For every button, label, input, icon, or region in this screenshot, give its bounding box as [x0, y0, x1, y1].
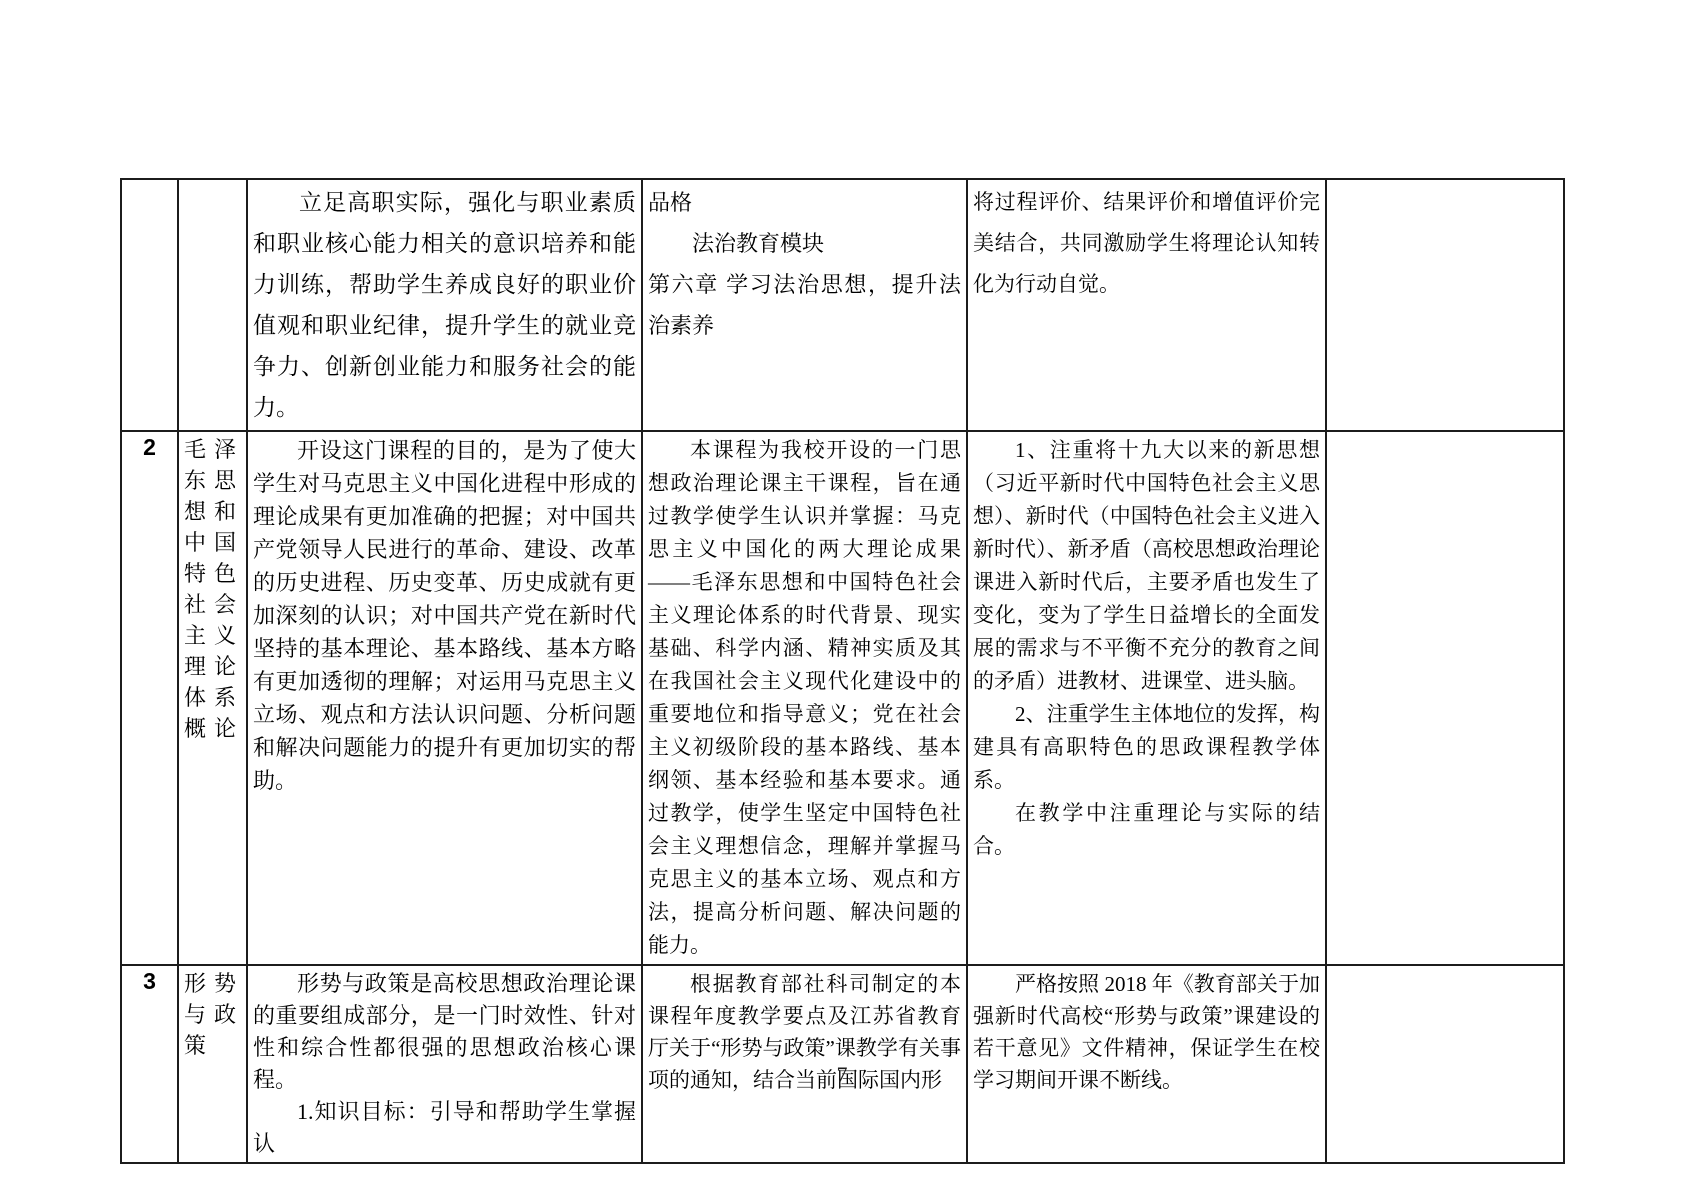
page-number: 7	[0, 1062, 1684, 1088]
cell-empty	[1326, 431, 1564, 965]
paragraph: 在教学中注重理论与实际的结合。	[973, 797, 1320, 863]
paragraph: 立足高职实际，强化与职业素质和职业核心能力相关的意识培养和能力训练，帮助学生养成…	[253, 182, 636, 428]
paragraph: 1、注重将十九大以来的新思想（习近平新时代中国特色社会主义思想）、新时代（中国特…	[973, 434, 1320, 698]
paragraph: 1.知识目标：引导和帮助学生掌握认	[253, 1096, 636, 1160]
cell-course-name: 毛泽东思想和中国特色社会主义理论体系概论	[178, 431, 247, 965]
paragraph: 品格	[648, 182, 961, 223]
course-name: 形势与政策	[184, 968, 246, 1061]
row-number: 3	[127, 968, 172, 995]
paragraph: 2、注重学生主体地位的发挥，构建具有高职特色的思政课程教学体系。	[973, 698, 1320, 797]
cell-course-content: 本课程为我校开设的一门思想政治理论课主干课程，旨在通过教学使学生认识并掌握：马克…	[642, 431, 967, 965]
paragraph: 第六章 学习法治思想，提升法治素养	[648, 264, 961, 346]
course-name: 毛泽东思想和中国特色社会主义理论体系概论	[184, 434, 246, 744]
paragraph: 开设这门课程的目的，是为了使大学生对马克思主义中国化进程中形成的理论成果有更加准…	[253, 434, 636, 797]
paragraph: 将过程评价、结果评价和增值评价完美结合，共同激励学生将理论认知转化为行动自觉。	[973, 182, 1320, 305]
course-table: 立足高职实际，强化与职业素质和职业核心能力相关的意识培养和能力训练，帮助学生养成…	[120, 178, 1565, 1164]
cell-course-objectives: 开设这门课程的目的，是为了使大学生对马克思主义中国化进程中形成的理论成果有更加准…	[247, 431, 642, 965]
cell-row-number: 2	[121, 431, 178, 965]
paragraph: 法治教育模块	[648, 223, 961, 264]
cell-course-objectives: 立足高职实际，强化与职业素质和职业核心能力相关的意识培养和能力训练，帮助学生养成…	[247, 179, 642, 431]
cell-course-name	[178, 179, 247, 431]
table-row: 2 毛泽东思想和中国特色社会主义理论体系概论 开设这门课程的目的，是为了使大学生…	[121, 431, 1564, 965]
paragraph: 本课程为我校开设的一门思想政治理论课主干课程，旨在通过教学使学生认识并掌握：马克…	[648, 434, 961, 962]
cell-course-measures: 1、注重将十九大以来的新思想（习近平新时代中国特色社会主义思想）、新时代（中国特…	[967, 431, 1326, 965]
cell-course-content: 品格 法治教育模块 第六章 学习法治思想，提升法治素养	[642, 179, 967, 431]
document-page: 立足高职实际，强化与职业素质和职业核心能力相关的意识培养和能力训练，帮助学生养成…	[0, 0, 1684, 1191]
cell-course-measures: 将过程评价、结果评价和增值评价完美结合，共同激励学生将理论认知转化为行动自觉。	[967, 179, 1326, 431]
cell-empty	[1326, 179, 1564, 431]
row-number: 2	[127, 434, 172, 461]
cell-row-number	[121, 179, 178, 431]
table-row-continuation: 立足高职实际，强化与职业素质和职业核心能力相关的意识培养和能力训练，帮助学生养成…	[121, 179, 1564, 431]
